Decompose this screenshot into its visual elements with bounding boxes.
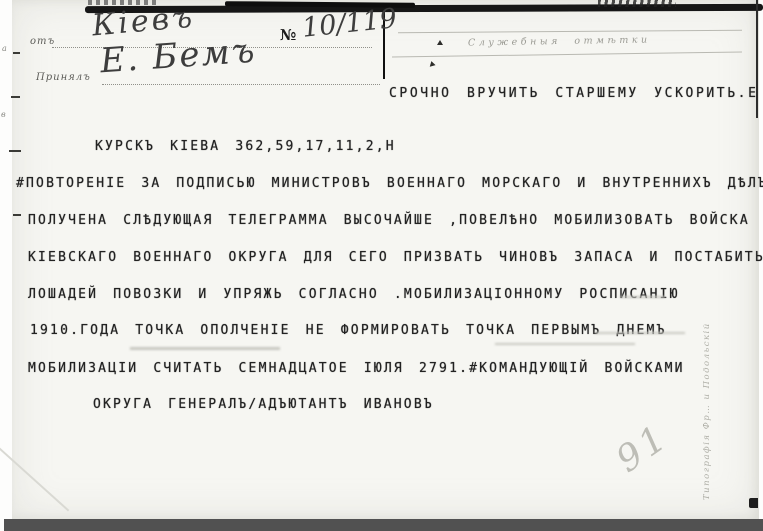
stray-dash	[595, 332, 685, 334]
received-by-label: Принялъ	[36, 72, 91, 83]
telegram-body-line: КІЕВСКАГО ВОЕННАГО ОКРУГА ДЛЯ СЕГО ПРИЗВ…	[28, 250, 763, 265]
telegram-body-line: 1910.ГОДА ТОЧКА ОПОЛЧЕНІЕ НЕ ФОРМИРОВАТЬ…	[30, 323, 667, 338]
telegram-body-line: ЛОШАДЕЙ ПОВОЗКИ И УПРЯЖЬ СОГЛАСНО .МОБИЛ…	[28, 287, 680, 302]
edge-tick	[13, 52, 20, 54]
ink-smudge	[495, 343, 635, 345]
edge-tick	[13, 214, 21, 216]
edge-letter-fragment: в	[1, 110, 6, 119]
stray-dash	[620, 296, 665, 298]
routing-header-line: КУРСКЪ КІЕВА 362,59,17,11,2,Н	[95, 139, 396, 154]
ink-smudge	[130, 347, 280, 350]
edge-letter-fragment: а	[2, 44, 7, 53]
edge-tick	[9, 150, 21, 152]
number-sign: №	[280, 26, 296, 44]
telegram-body-line: МОБИЛИЗАЦІИ СЧИТАТЬ СЕМНАДЦАТОЕ ІЮЛЯ 279…	[28, 361, 685, 376]
printer-imprint-vertical: Типографія Фр… и Подольскій	[702, 295, 712, 500]
stray-mark	[437, 40, 443, 45]
telegram-signature-line: ОКРУГА ГЕНЕРАЛЪ/АДЪЮТАНТЪ ИВАНОВЪ	[93, 397, 434, 412]
received-fill-line	[102, 83, 380, 85]
telegram-scan: отъ Принялъ Кіевъ № 10/119 Е. Бемъ Служе…	[0, 0, 763, 531]
edge-tick	[11, 96, 20, 98]
telegram-body-line: ПОЛУЧЕНА СЛѢДУЮЩАЯ ТЕЛЕГРАММА ВЫСОЧАЙШЕ …	[28, 213, 750, 228]
priority-instruction-line: СРОЧНО ВРУЧИТЬ СТАРШЕМУ УСКОРИТЬ.Е	[389, 86, 759, 101]
telegram-body-line: #ПОВТОРЕНІЕ ЗА ПОДПИСЬЮ МИНИСТРОВЪ ВОЕНН…	[16, 176, 763, 191]
scan-corner-mark	[749, 498, 758, 508]
scan-bottom-edge	[4, 519, 763, 531]
clipped-handwriting-mark	[598, 0, 676, 7]
